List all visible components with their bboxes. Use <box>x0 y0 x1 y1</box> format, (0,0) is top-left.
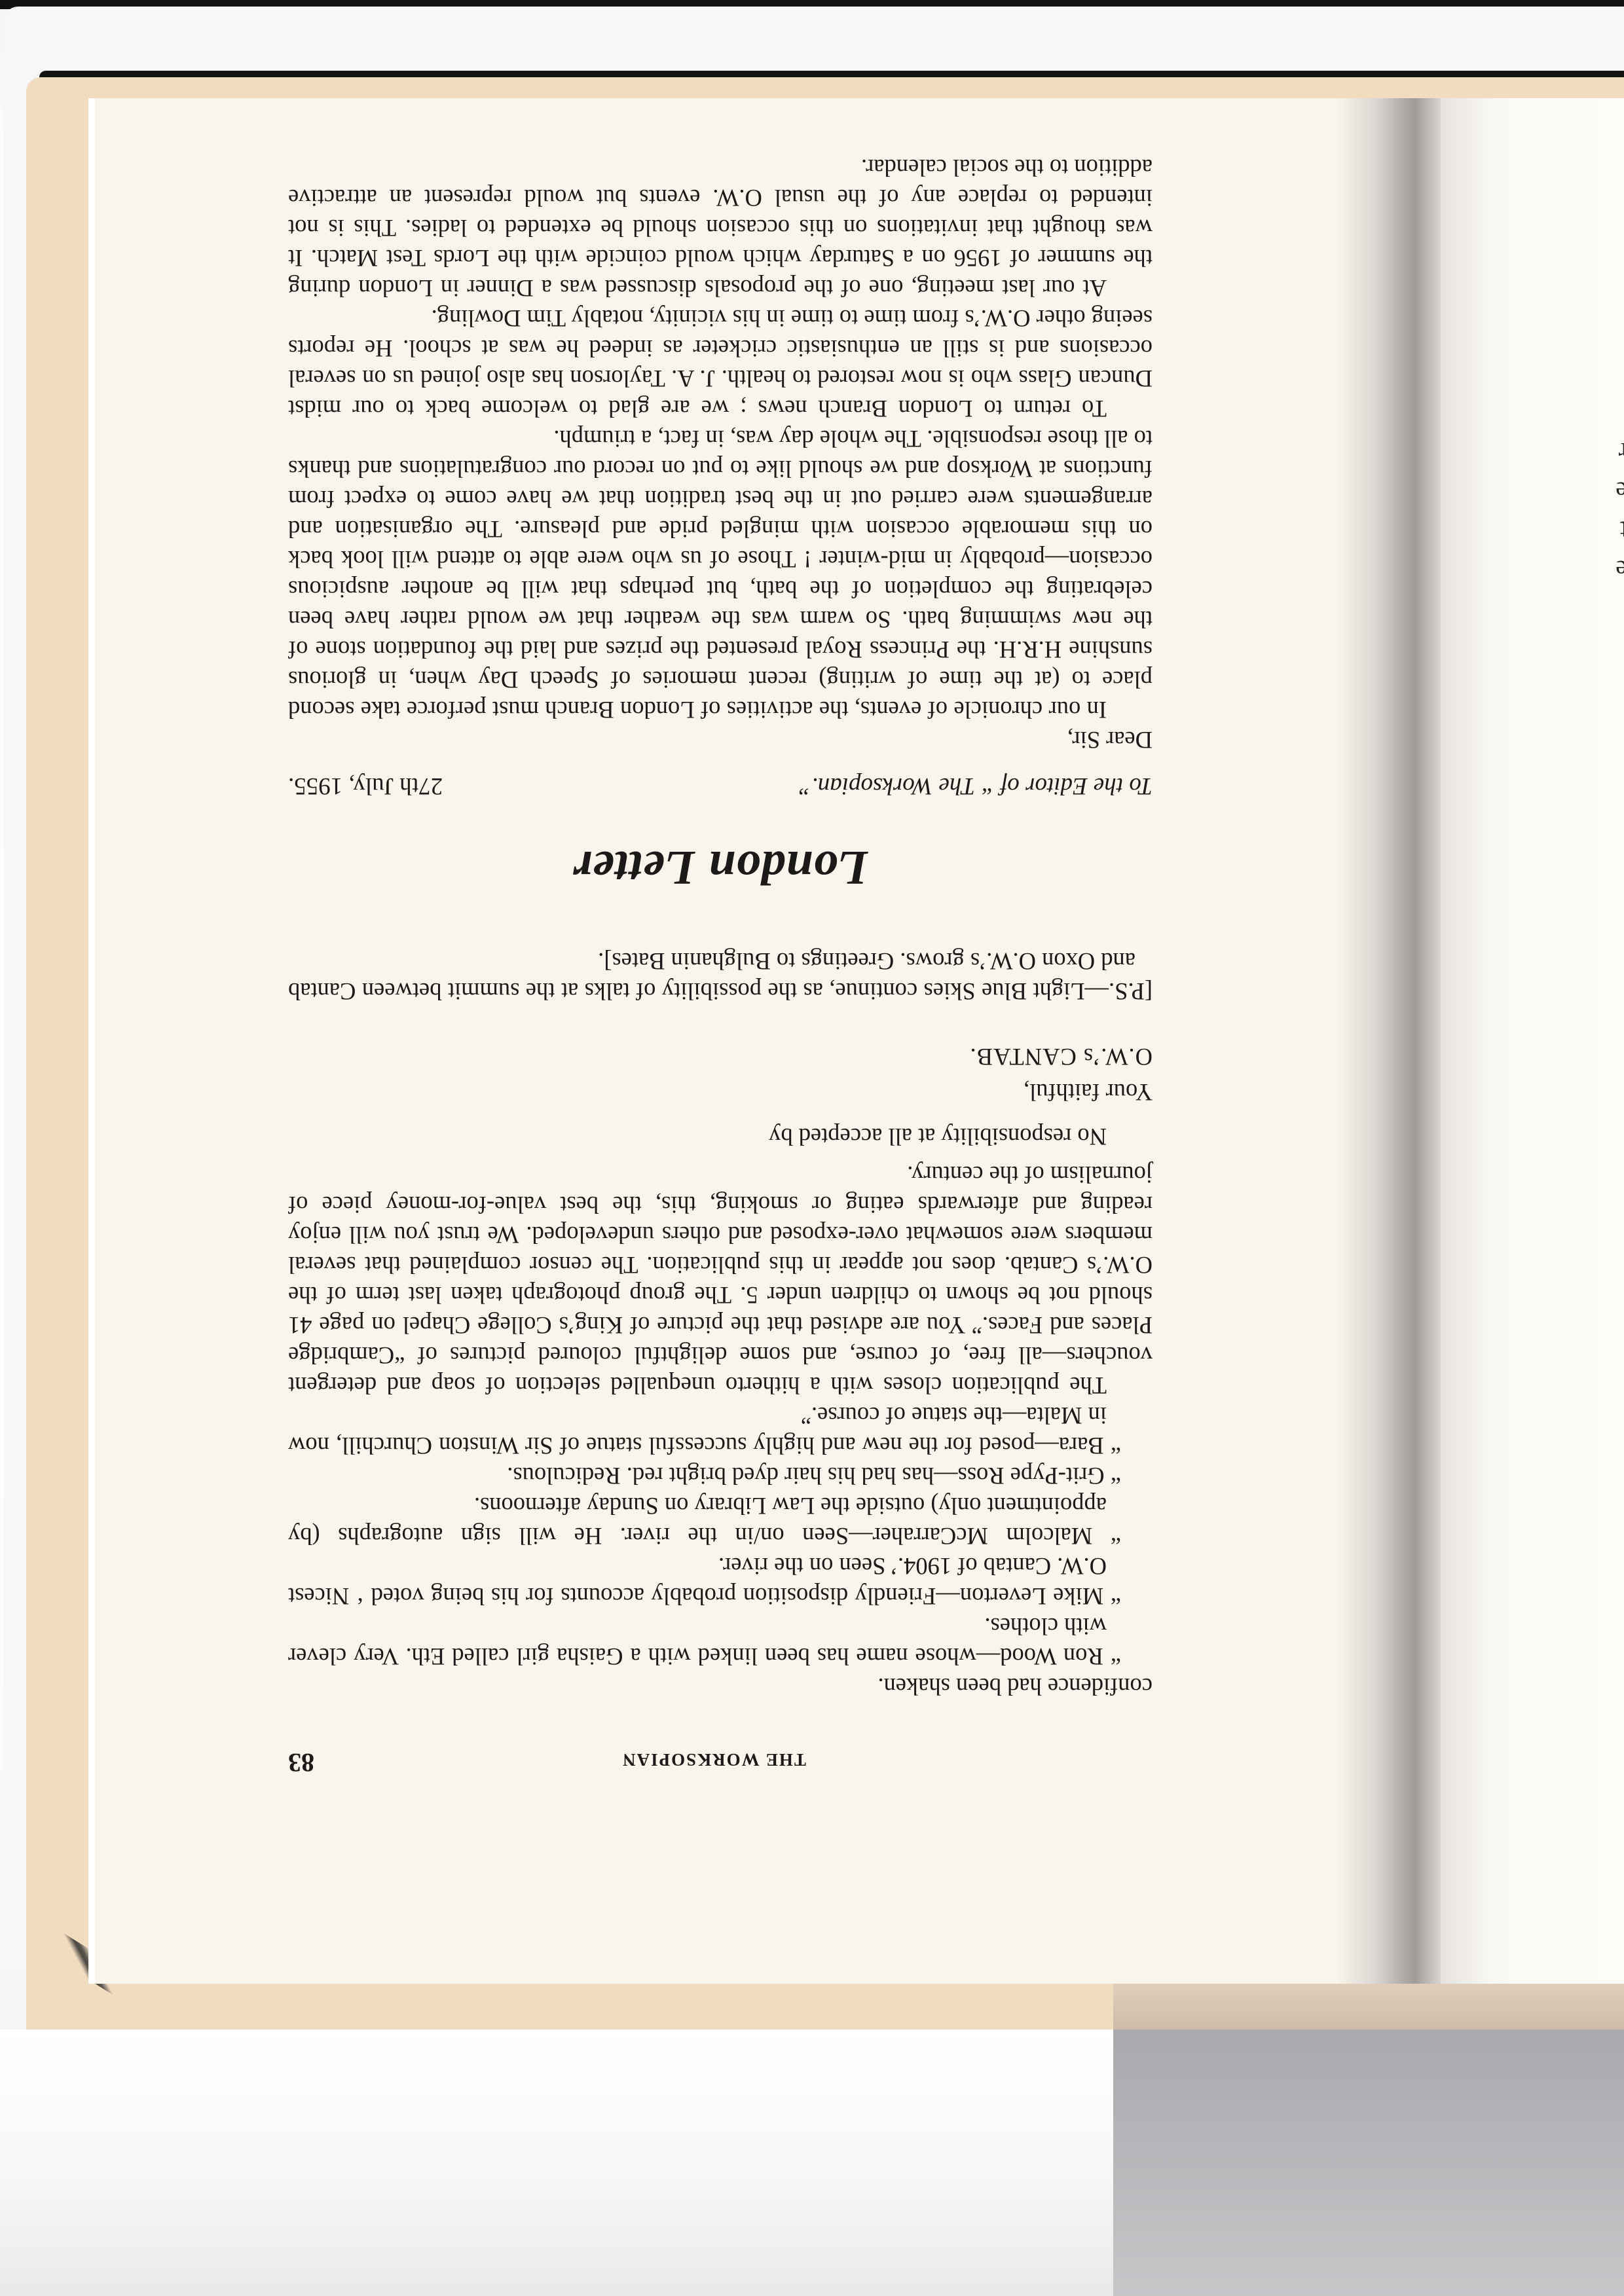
page-text-rotated: THE WORKSOPIAN 83 confidence had been sh… <box>288 318 1153 1777</box>
right-page <box>1441 98 1624 1984</box>
list-item: “ Mike Leverton—Friendly disposition pro… <box>288 1551 1153 1611</box>
salutation: Dear Sir, <box>288 725 1153 755</box>
list-item: “ Bara—posed for the new and highly succ… <box>288 1400 1153 1461</box>
fragment: e <box>1614 471 1624 511</box>
list-item: “ Ron Wood—whose name has been linked wi… <box>288 1611 1153 1671</box>
letter-date: 27th July, 1955. <box>288 771 443 801</box>
book-gutter <box>1336 98 1441 1984</box>
list-item: “ Malcolm McCarraher—Seen on/in the rive… <box>288 1491 1153 1551</box>
addressee: To the Editor of “ The Worksopian.” <box>798 771 1153 801</box>
no-responsibility-line: No responsibility at all accepted by <box>288 1121 1153 1152</box>
list-item: “ Grit-Pype Ross—has had his hair dyed b… <box>288 1461 1153 1491</box>
paragraph: At our last meeting, one of the proposal… <box>288 153 1153 303</box>
fragment: e <box>1614 550 1624 589</box>
running-head: THE WORKSOPIAN 83 <box>288 1745 1153 1777</box>
postscript: [P.S.—Light Blue Skies continue, as the … <box>288 946 1153 1006</box>
article-heading: London Letter <box>288 841 1153 894</box>
scanner-bed-shadow <box>1113 2030 1624 2296</box>
paragraph: To return to London Branch news ; we are… <box>288 303 1153 424</box>
address-line: To the Editor of “ The Worksopian.” 27th… <box>288 771 1153 801</box>
right-page-text-fragments: e t e r <box>1614 262 1624 589</box>
fragment: r <box>1614 432 1624 471</box>
fragment: t <box>1614 511 1624 550</box>
paragraph: In our chronicle of events, the activiti… <box>288 424 1153 725</box>
page-number: 83 <box>288 1747 314 1777</box>
publication-paragraph: The publication closes with a hitherto u… <box>288 1159 1153 1400</box>
continuation-line: confidence had been shaken. <box>288 1671 1153 1702</box>
signoff: Your faithful, <box>288 1077 1153 1107</box>
signature: O.W.’s CANTAB. <box>288 1042 1153 1072</box>
running-title: THE WORKSOPIAN <box>314 1745 1153 1775</box>
